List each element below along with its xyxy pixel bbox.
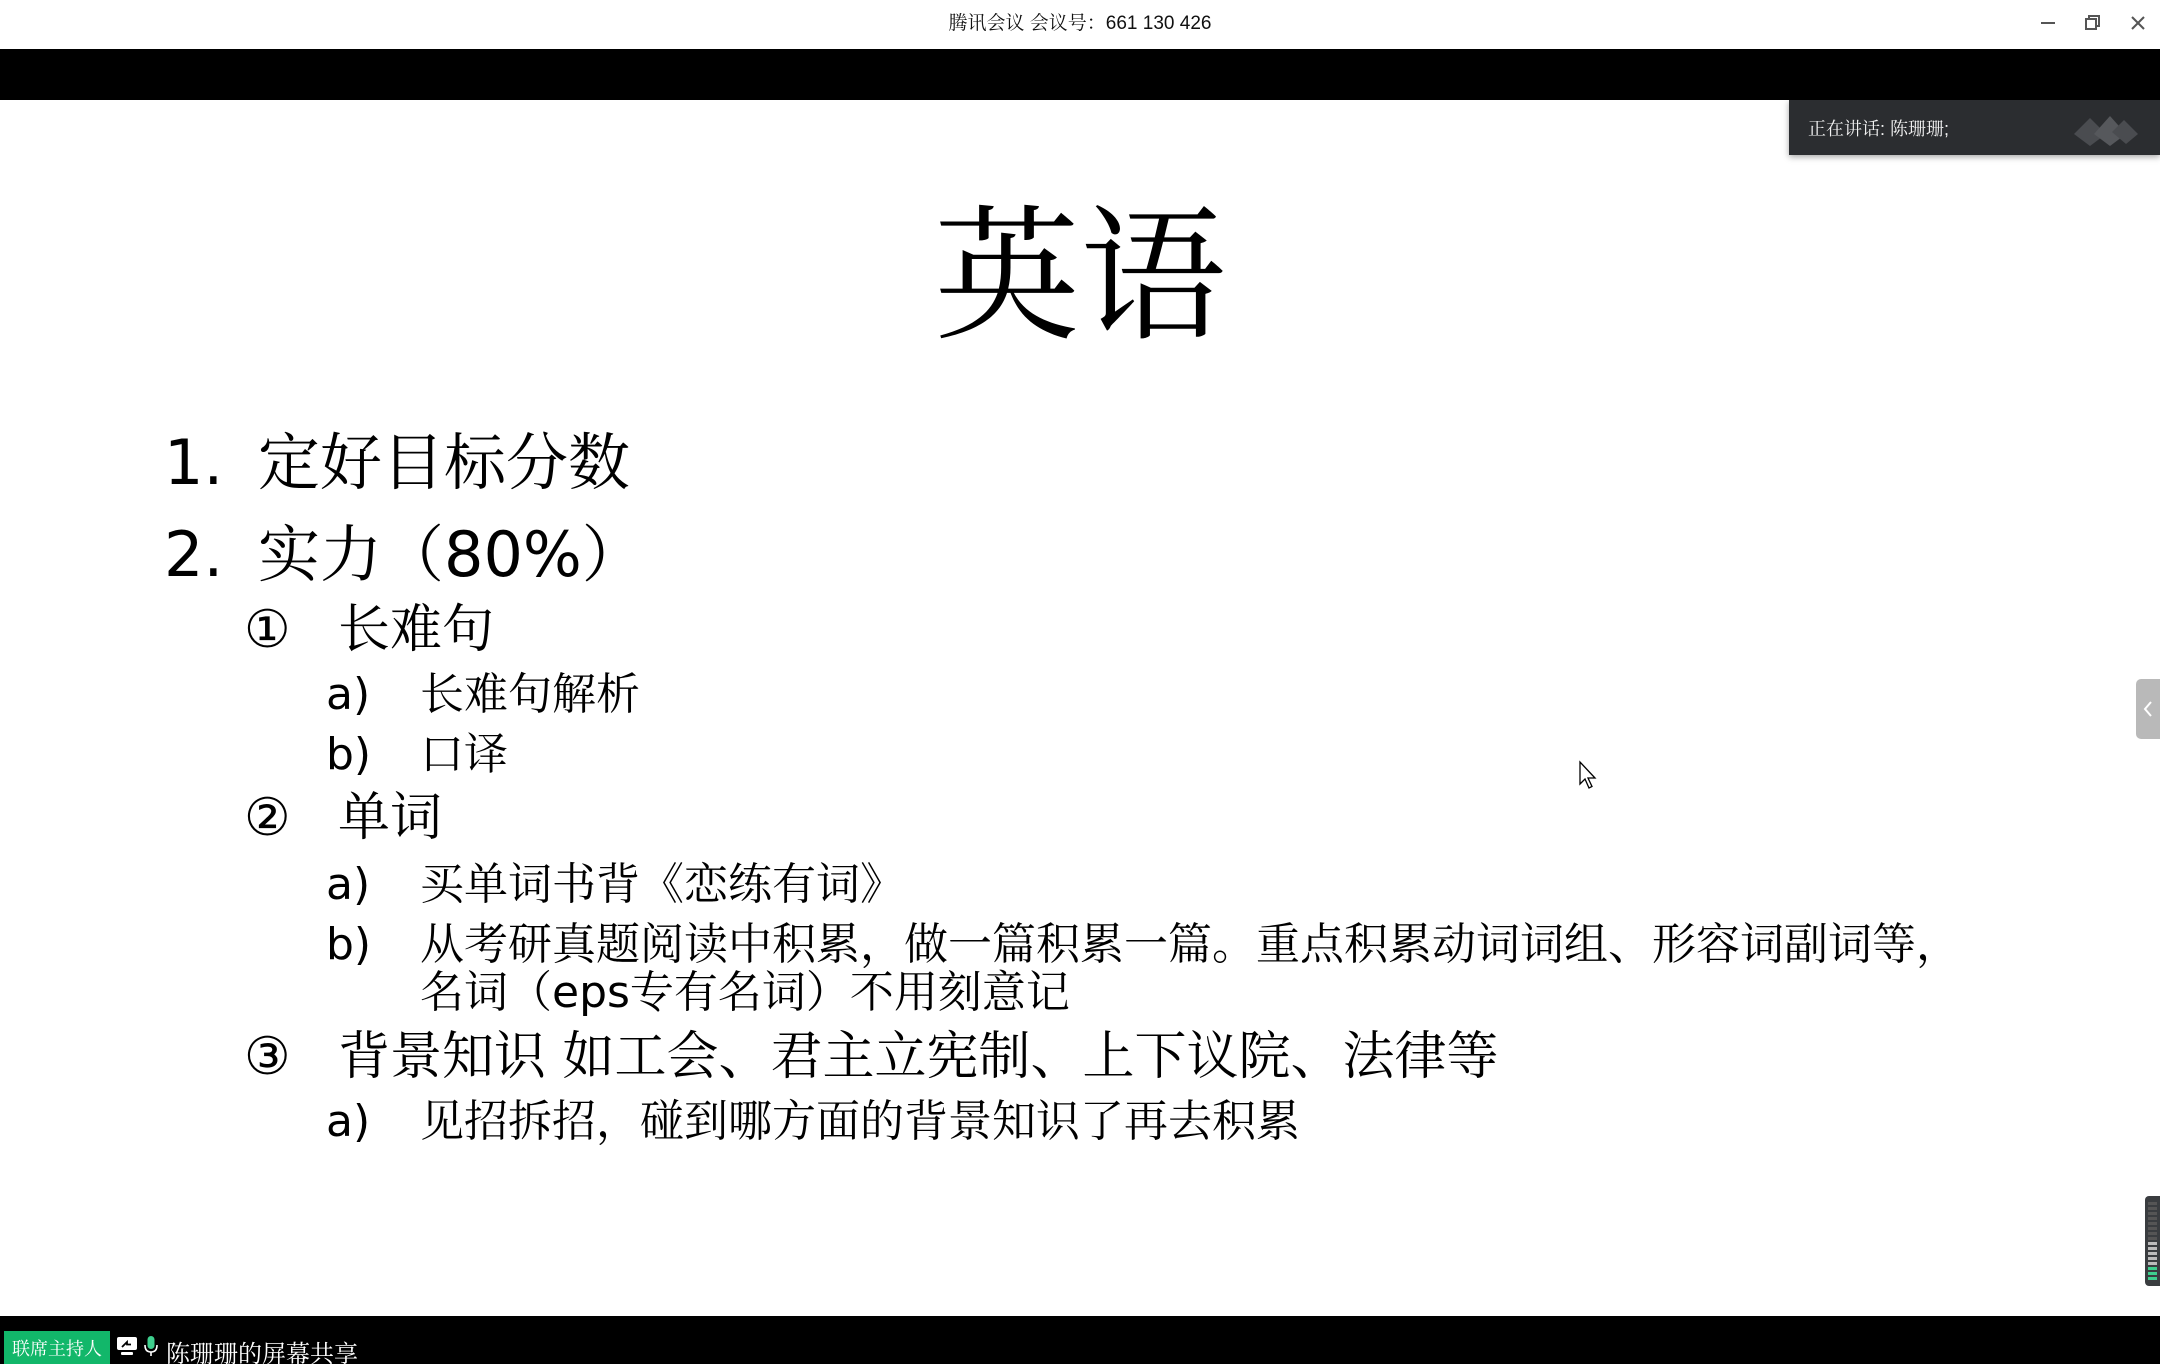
list-text: 实力（80%） (258, 524, 644, 586)
speaker-label: 正在讲话: 陈珊珊; (1808, 115, 1949, 141)
speaker-indicator: 正在讲话: 陈珊珊; (1789, 100, 2160, 155)
list-marker: ② (244, 788, 291, 848)
list-marker: 2. (164, 518, 223, 591)
list-item: b) 从考研真题阅读中积累，做一篇积累一篇。重点积累动词词组、形容词副词等， (326, 923, 371, 967)
list-marker: a) (326, 669, 370, 720)
slide-title: 英语 (0, 182, 2160, 372)
list-text: 长难句解析 (420, 673, 640, 717)
list-text: 见招拆招，碰到哪方面的背景知识了再去积累 (420, 1100, 1300, 1144)
tencent-meeting-logo-icon (2072, 108, 2142, 148)
list-item: ① 长难句 (244, 604, 291, 656)
list-marker: b) (326, 729, 371, 780)
restore-button[interactable] (2073, 6, 2113, 40)
list-text: 买单词书背《恋练有词》 (420, 863, 904, 907)
minimize-icon (2038, 13, 2058, 33)
close-button[interactable] (2118, 6, 2158, 40)
window-titlebar: 腾讯会议 会议号：661 130 426 (0, 0, 2160, 49)
list-text: 口译 (420, 733, 508, 777)
list-text-continuation: 名词（eps专有名词）不用刻意记 (420, 971, 1070, 1015)
screen-share-icon (116, 1336, 138, 1356)
list-item: b) 口译 (326, 733, 371, 777)
chevron-left-icon (2142, 699, 2154, 719)
list-item: 1. 定好目标分数 (164, 432, 223, 494)
close-icon (2128, 13, 2148, 33)
list-item: 2. 实力（80%） (164, 524, 223, 586)
top-toolbar-area (0, 49, 2160, 100)
list-item: ② 单词 (244, 792, 291, 844)
side-panel-toggle[interactable] (2136, 679, 2160, 739)
list-marker: b) (326, 919, 371, 970)
list-text: 长难句 (338, 604, 494, 656)
co-host-badge: 联席主持人 (4, 1331, 110, 1364)
volume-meter (2145, 1196, 2160, 1286)
screen-share-label: 陈珊珊的屏幕共享 (166, 1334, 358, 1364)
list-marker: ① (244, 600, 291, 660)
list-text: 单词 (338, 792, 442, 844)
list-item: ③ 背景知识 如工会、君主立宪制、上下议院、法律等 (244, 1031, 291, 1083)
list-text: 背景知识 如工会、君主立宪制、上下议院、法律等 (338, 1031, 1499, 1083)
list-marker: a) (326, 1096, 370, 1147)
list-item: a) 买单词书背《恋练有词》 (326, 863, 370, 907)
microphone-icon (143, 1335, 159, 1357)
list-marker: ③ (244, 1027, 291, 1087)
bottom-status-bar: 联席主持人 陈珊珊的屏幕共享 (0, 1316, 2160, 1364)
list-marker: 1. (164, 426, 223, 499)
window-title: 腾讯会议 会议号：661 130 426 (0, 8, 2160, 35)
list-item: a) 长难句解析 (326, 673, 370, 717)
minimize-button[interactable] (2028, 6, 2068, 40)
restore-icon (2083, 13, 2103, 33)
list-item: a) 见招拆招，碰到哪方面的背景知识了再去积累 (326, 1100, 370, 1144)
list-text: 定好目标分数 (258, 432, 630, 494)
list-marker: a) (326, 859, 370, 910)
mouse-cursor-icon (1578, 760, 1600, 790)
list-text: 从考研真题阅读中积累，做一篇积累一篇。重点积累动词词组、形容词副词等， (420, 923, 1960, 967)
